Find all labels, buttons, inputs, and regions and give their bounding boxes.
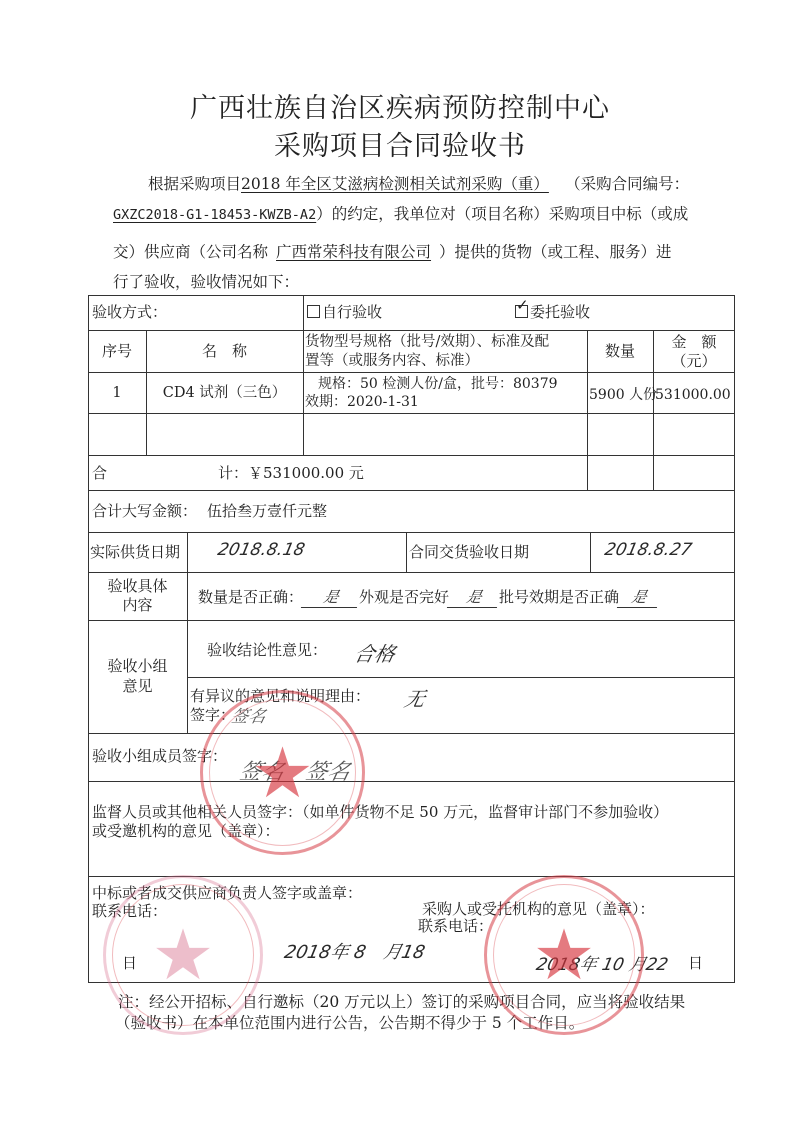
row-seq: 1 xyxy=(88,384,146,403)
total-value: ￥531000.00 元 xyxy=(248,464,364,482)
purchaser-day-label: 日 xyxy=(688,954,703,973)
divider xyxy=(88,781,735,782)
objection-label: 有异议的意见和说明理由： xyxy=(190,687,370,706)
intro-line-3: 交）供应商（公司名称广西常荣科技有限公司）提供的货物（或工程、服务）进 xyxy=(113,240,672,262)
divider xyxy=(88,532,735,533)
intro-line-4: 行了验收，验收情况如下： xyxy=(113,270,299,292)
team-opinion-label-line1: 验收小组 xyxy=(88,657,187,676)
divider xyxy=(88,413,735,414)
divider xyxy=(590,532,591,572)
divider xyxy=(88,876,735,877)
header-amount-line1: 金 额 xyxy=(653,333,735,352)
contract-no-label: （采购合同编号： xyxy=(573,175,689,193)
uppercase-total-value: 伍拾叁万壹仟元整 xyxy=(207,502,327,520)
divider xyxy=(88,620,735,621)
row-amount: 531000.00 xyxy=(655,386,731,405)
intro-line-2: GXZC2018-G1-18453-KWZB-A2）的约定，我单位对（项目名称）… xyxy=(113,202,688,224)
footer-note-line2: （验收书）在本单位范围内进行公告，公告期不得少于 5 个工作日。 xyxy=(115,1011,584,1033)
supplier-phone-label: 联系电话： xyxy=(92,902,167,921)
divider xyxy=(88,572,735,573)
uppercase-total-label: 合计大写金额： xyxy=(92,502,197,520)
supervision-line2: 或受邀机构的意见（盖章）： xyxy=(92,822,280,841)
divider xyxy=(303,295,304,455)
conclusion-label: 验收结论性意见： xyxy=(207,641,327,660)
supervision-line1: 监督人员或其他相关人员签字：（如单件货物不足 50 万元，监督审计部门不参加验收… xyxy=(92,803,668,822)
option-self-acceptance[interactable]: 自行验收 xyxy=(307,303,382,322)
contract-acceptance-date-label: 合同交货验收日期 xyxy=(409,543,529,562)
purchaser-phone-label: 联系电话： xyxy=(418,917,493,936)
specifics-label-line2: 内容 xyxy=(88,596,187,615)
intro-text-2: ）的约定，我单位对（项目名称）采购项目中标（或成 xyxy=(316,205,688,223)
purchaser-date: 2018年 10 月22 xyxy=(534,950,671,975)
project-name: 2018 年全区艾滋病检测相关试剂采购（重） xyxy=(241,175,573,193)
total-label-a: 合 xyxy=(92,464,107,483)
total-line: 计：￥531000.00 元 xyxy=(218,464,364,483)
contract-number: GXZC2018-G1-18453-KWZB-A2 xyxy=(113,207,316,223)
intro-prefix: 根据采购项目 xyxy=(148,175,241,193)
row-spec-line2: 效期：2020-1-31 xyxy=(305,393,419,412)
option-entrusted-acceptance[interactable]: ✓委托验收 xyxy=(515,303,590,322)
intro-text-3: ）提供的货物（或工程、服务）进 xyxy=(439,243,672,261)
checkbox-checked-icon[interactable]: ✓ xyxy=(515,305,528,318)
header-seq: 序号 xyxy=(88,342,146,361)
supplier-name: 广西常荣科技有限公司 xyxy=(268,243,439,261)
header-amount-line2: （元） xyxy=(653,352,735,371)
divider xyxy=(187,677,735,678)
batch-label: 批号效期是否正确 xyxy=(499,588,619,606)
uppercase-total: 合计大写金额：伍拾叁万壹仟元整 xyxy=(92,502,327,521)
team-signature: 签名 xyxy=(229,702,268,727)
specifics-checks: 数量是否正确：是外观是否完好是批号效期是否正确是 xyxy=(198,588,659,608)
row-quantity: 5900 人份 xyxy=(589,386,657,405)
supplier-day-label: 日 xyxy=(122,954,137,973)
header-name: 名 称 xyxy=(146,342,303,361)
sign-label: 签字： xyxy=(190,706,235,725)
intro-line-1: 根据采购项目2018 年全区艾滋病检测相关试剂采购（重）（采购合同编号： xyxy=(148,172,689,194)
header-spec-line1: 货物型号规格（批号/效期）、标准及配 xyxy=(305,333,549,352)
divider xyxy=(406,532,407,572)
specifics-label-line1: 验收具体 xyxy=(88,577,187,596)
members-signatures: 签名 签名 xyxy=(237,755,354,786)
total-label-b: 计： xyxy=(218,464,248,482)
divider xyxy=(88,372,735,373)
appearance-label: 外观是否完好 xyxy=(359,588,449,606)
batch-value: 是 xyxy=(617,588,661,608)
actual-supply-date-value: 2018.8.18 xyxy=(216,540,307,560)
supplier-sign-label: 中标或者成交供应商负责人签字或盖章： xyxy=(92,884,362,903)
qty-correct-value: 是 xyxy=(301,588,361,608)
qty-correct-label: 数量是否正确： xyxy=(198,588,303,606)
option-entrusted-label: 委托验收 xyxy=(530,303,590,321)
divider xyxy=(88,455,735,456)
acceptance-method-label: 验收方式： xyxy=(92,303,167,322)
supplier-date: 2018年 8 月18 xyxy=(282,938,427,964)
divider xyxy=(88,733,735,734)
divider xyxy=(187,532,188,733)
footer-note-line1: 注：经公开招标、自行邀标（20 万元以上）签订的采购项目合同，应当将验收结果 xyxy=(118,990,685,1012)
header-quantity: 数量 xyxy=(587,342,653,361)
appearance-value: 是 xyxy=(447,588,501,608)
supplier-label: 交）供应商（公司名称 xyxy=(113,243,268,261)
checkbox-unchecked-icon[interactable] xyxy=(307,305,320,318)
contract-acceptance-date-value: 2018.8.27 xyxy=(603,540,694,560)
team-opinion-label-line2: 意见 xyxy=(88,677,187,696)
divider xyxy=(88,330,735,331)
option-self-label: 自行验收 xyxy=(322,303,382,321)
row-spec-line1: 规格：50 检测人份/盒，批号：80379 xyxy=(318,375,558,394)
divider xyxy=(88,490,735,491)
header-spec-line2: 置等（或服务内容、标准） xyxy=(305,352,479,371)
document-title: 广西壮族自治区疾病预防控制中心 xyxy=(0,86,800,125)
members-signature-label: 验收小组成员签字： xyxy=(92,747,227,766)
document-subtitle: 采购项目合同验收书 xyxy=(0,124,800,163)
row-name: CD4 试剂（三色） xyxy=(146,384,303,403)
actual-supply-date-label: 实际供货日期 xyxy=(90,543,180,562)
conclusion-value: 合格 xyxy=(352,638,398,667)
